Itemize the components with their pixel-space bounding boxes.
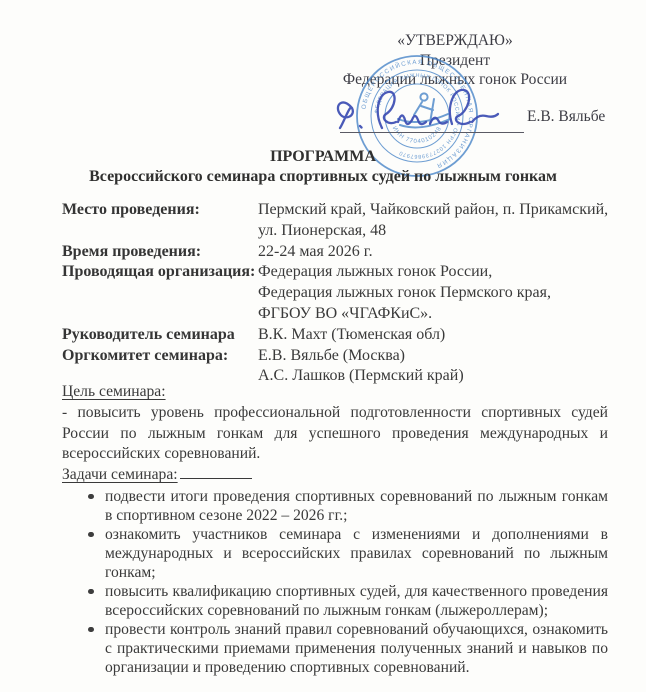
info-value: Е.В. Вяльбе (Москва) А.С. Лашков (Пермск… (258, 346, 608, 388)
info-value: Пермский край, Чайковский район, п. Прик… (258, 200, 608, 242)
info-label: Проводящая организация: (62, 262, 258, 324)
bullet-icon (88, 532, 94, 538)
info-label: Оргкомитет семинара: (62, 346, 258, 388)
info-row-orgcommittee: Оргкомитет семинара: Е.В. Вяльбе (Москва… (62, 346, 608, 388)
task-item: повысить квалификацию спортивных судей, … (105, 582, 608, 620)
info-value: В.К. Махт (Тюменская обл) (258, 325, 608, 346)
seminar-info-table: Место проведения: Пермский край, Чайковс… (62, 200, 608, 387)
info-row-place: Место проведения: Пермский край, Чайковс… (62, 200, 608, 242)
title-line2: Всероссийского семинара спортивных судей… (0, 167, 646, 187)
document-title-block: ПРОГРАММА Всероссийского семинара спорти… (0, 147, 646, 187)
tasks-list: подвести итоги проведения спортивных сор… (62, 487, 608, 677)
info-label: Место проведения: (62, 200, 258, 242)
info-value: Федерация лыжных гонок России, Федерация… (258, 262, 608, 324)
bullet-icon (88, 494, 94, 500)
info-row-leader: Руководитель семинара В.К. Махт (Тюменск… (62, 325, 608, 346)
info-row-organizer: Проводящая организация: Федерация лыжных… (62, 262, 608, 324)
scanned-document-page: «УТВЕРЖДАЮ» Президент Федерации лыжных г… (0, 0, 646, 692)
heading-tail-line (180, 465, 252, 479)
signatory-name: Е.В. Вяльбе (527, 108, 605, 126)
info-label: Время проведения: (62, 242, 258, 263)
tasks-heading: Задачи семинара: (62, 465, 608, 486)
title-line1: ПРОГРАММА (0, 147, 646, 167)
info-label: Руководитель семинара (62, 325, 258, 346)
info-row-time: Время проведения: 22-24 мая 2026 г. (62, 242, 608, 263)
task-item: провести контроль знаний правил соревнов… (105, 620, 608, 677)
task-item: подвести итоги проведения спортивных сор… (105, 487, 608, 525)
goal-text: - повысить уровень профессиональной подг… (62, 403, 608, 465)
info-value: 22-24 мая 2026 г. (258, 242, 608, 263)
signature-line (340, 110, 524, 133)
goal-and-tasks-section: Цель семинара: - повысить уровень профес… (62, 382, 608, 677)
bullet-icon (88, 589, 94, 595)
goal-heading: Цель семинара: (62, 382, 608, 403)
bullet-icon (88, 627, 94, 633)
task-item: ознакомить участников семинара с изменен… (105, 525, 608, 582)
approval-word: «УТВЕРЖДАЮ» (322, 31, 588, 51)
